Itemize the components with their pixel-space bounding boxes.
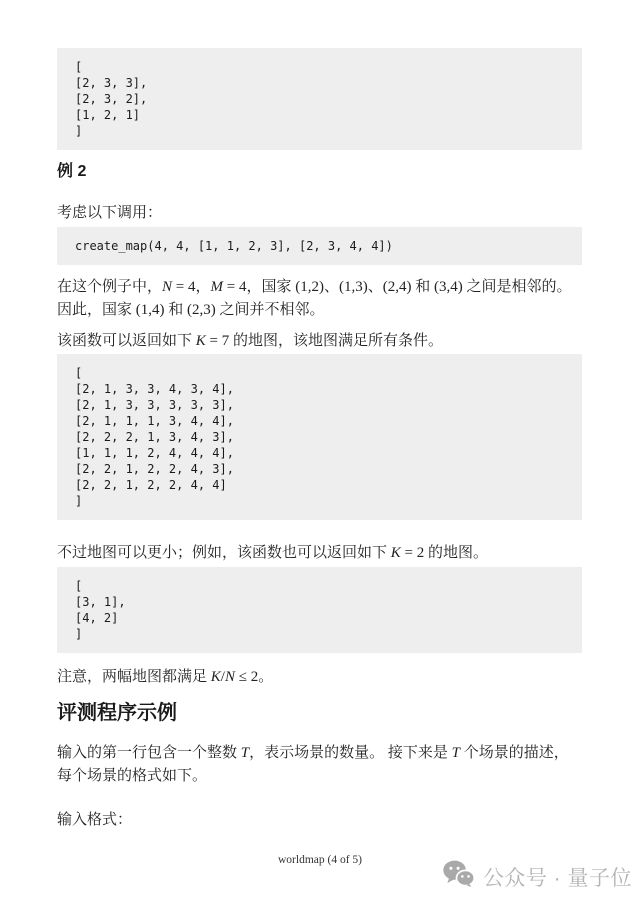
input-description-paragraph: 输入的第一行包含一个整数 T，表示场景的数量。 接下来是 T 个场景的描述，每个… — [57, 742, 582, 788]
math-expression: (1,4) — [136, 302, 165, 318]
math-expression: M = 4 — [211, 279, 247, 295]
k7-map-paragraph: 该函数可以返回如下 K = 7 的地图，该地图满足所有条件。 — [57, 330, 582, 353]
math-expression: K = 7 — [196, 333, 229, 349]
adjacency-paragraph: 在这个例子中，N = 4，M = 4，国家 (1,2)、(1,3)、(2,4) … — [57, 276, 582, 322]
grader-section-heading: 评测程序示例 — [57, 700, 582, 726]
qbitai-watermark: 公众号 · 量子位 — [443, 860, 632, 897]
math-expression: K = 2 — [391, 545, 424, 561]
math-expression: (1,2) — [295, 279, 324, 295]
consider-call-text: 考虑以下调用： — [57, 202, 582, 225]
document-page: { "colors": { "page_background": "#fffff… — [0, 0, 640, 905]
math-expression: (1,3) — [339, 279, 368, 295]
code-block-k7-map: [ [2, 1, 3, 3, 4, 3, 4], [2, 1, 3, 3, 3,… — [57, 354, 582, 520]
code-block-example1-map: [ [2, 3, 3], [2, 3, 2], [1, 2, 1] ] — [57, 48, 582, 150]
code-block-create-map-call: create_map(4, 4, [1, 1, 2, 3], [2, 3, 4,… — [57, 227, 582, 265]
wechat-icon — [443, 860, 474, 897]
math-expression: (3,4) — [434, 279, 463, 295]
math-expression: (2,4) — [383, 279, 412, 295]
example2-heading: 例 2 — [57, 162, 582, 182]
math-expression: (2,3) — [187, 302, 216, 318]
code-block-k2-map: [ [3, 1], [4, 2] ] — [57, 567, 582, 653]
math-expression: K/N ≤ 2 — [211, 669, 258, 685]
math-expression: T — [452, 745, 460, 761]
math-expression: T — [241, 745, 249, 761]
page-number-label: worldmap (4 of 5) — [278, 854, 362, 866]
note-paragraph: 注意，两幅地图都满足 K/N ≤ 2。 — [57, 666, 582, 689]
problem-statement: [ [2, 3, 3], [2, 3, 2], [1, 2, 1] ] 例 2 … — [0, 0, 640, 832]
watermark-text: 公众号 · 量子位 — [483, 863, 632, 895]
input-format-label: 输入格式： — [57, 809, 582, 832]
smaller-map-paragraph: 不过地图可以更小；例如，该函数也可以返回如下 K = 2 的地图。 — [57, 542, 582, 565]
math-expression: N = 4 — [162, 279, 195, 295]
